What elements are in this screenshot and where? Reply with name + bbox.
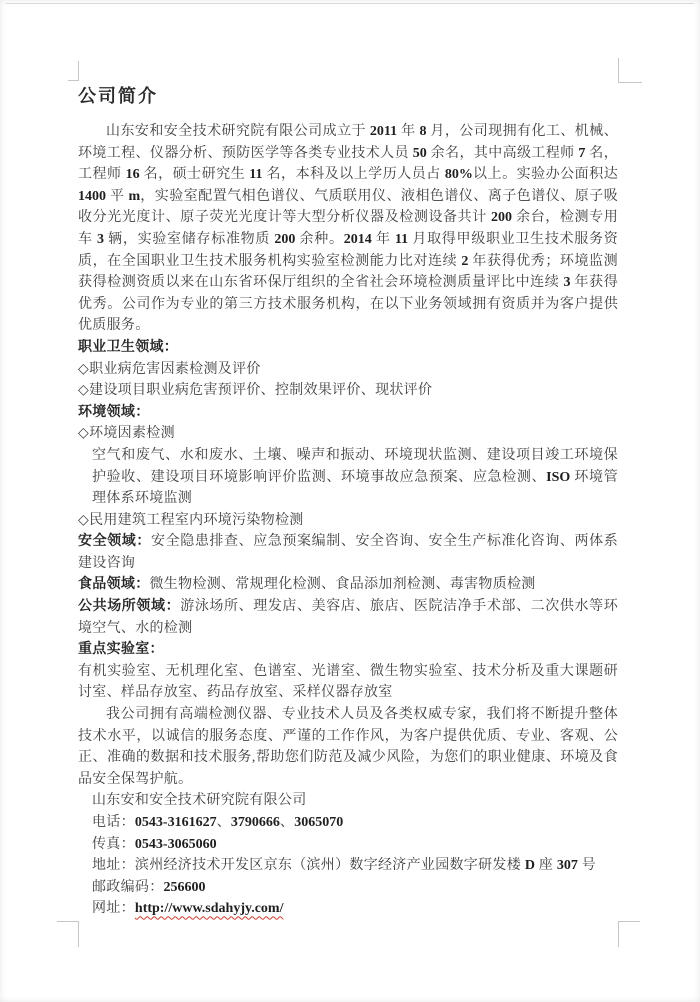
section-heading-key-laboratories: 重点实验室： bbox=[78, 639, 618, 661]
text-segment: ◇建设项目职业病危害预评价、控制效果评价、现状评价 bbox=[78, 383, 432, 398]
bullet-construction-project-evaluation: ◇建设项目职业病危害预评价、控制效果评价、现状评价 bbox=[78, 380, 618, 402]
closing-paragraph: 我公司拥有高端检测仪器、专业技术人员及各类权威专家，我们将不断提升整体技术水平，… bbox=[78, 704, 618, 790]
margin-crop-mark-top-right bbox=[618, 58, 642, 83]
text-segment: 食品领域： bbox=[78, 577, 150, 592]
food-field-paragraph: 食品领域：微生物检测、常规理化检测、食品添加剂检测、毒害物质检测 bbox=[78, 574, 618, 596]
text-segment: 重点实验室： bbox=[78, 642, 164, 657]
text-segment: 微生物检测、常规理化检测、食品添加剂检测、毒害物质检测 bbox=[150, 577, 536, 592]
text-segment: 职业卫生领域： bbox=[78, 340, 178, 355]
text-segment: 山东安和安全技术研究院有限公司 bbox=[92, 793, 307, 808]
intro-paragraph: 山东安和安全技术研究院有限公司成立于 2011 年 8 月，公司现拥有化工、机械… bbox=[78, 121, 618, 337]
text-segment: 传真：0543-3065060 bbox=[92, 837, 217, 852]
text-segment: 邮政编码：256600 bbox=[92, 880, 206, 895]
section-heading-occupational-health: 职业卫生领域： bbox=[78, 337, 618, 359]
text-segment: 我公司拥有高端检测仪器、专业技术人员及各类权威专家，我们将不断提升整体技术水平，… bbox=[78, 707, 618, 787]
fax-line: 传真：0543-3065060 bbox=[92, 834, 618, 856]
bullet-civil-building-indoor-detection: ◇民用建筑工程室内环境污染物检测 bbox=[78, 510, 618, 532]
address-line: 地址：滨州经济技术开发区京东（滨州）数字经济产业园数字研发楼 D 座 307 号 bbox=[92, 855, 618, 877]
margin-crop-mark-top-left bbox=[68, 61, 79, 81]
text-segment: 网址： bbox=[92, 901, 135, 916]
safety-field-paragraph: 安全领域：安全隐患排查、应急预案编制、安全咨询、安全生产标准化咨询、两体系建设咨… bbox=[78, 531, 618, 574]
text-segment: 空气和废气、水和废水、土壤、噪声和振动、环境现状监测、建设项目竣工环境保护验收、… bbox=[92, 448, 618, 506]
environment-detail-paragraph: 空气和废气、水和废水、土壤、噪声和振动、环境现状监测、建设项目竣工环境保护验收、… bbox=[92, 445, 618, 510]
text-segment: ◇民用建筑工程室内环境污染物检测 bbox=[78, 513, 304, 528]
phone-line: 电话：0543-3161627、3790666、3065070 bbox=[92, 812, 618, 834]
section-heading-environment: 环境领域： bbox=[78, 402, 618, 424]
text-segment: 山东安和安全技术研究院有限公司成立于 2011 年 8 月，公司现拥有化工、机械… bbox=[78, 124, 618, 333]
margin-crop-mark-bottom-right bbox=[618, 921, 640, 947]
text-segment: 公共场所领域： bbox=[78, 599, 180, 614]
key-laboratories-list-paragraph: 有机实验室、无机理化室、色谱室、光谱室、微生物实验室、技术分析及重大课题研讨室、… bbox=[78, 661, 618, 704]
text-segment: 有机实验室、无机理化室、色谱室、光谱室、微生物实验室、技术分析及重大课题研讨室、… bbox=[78, 664, 618, 701]
page-title: 公司简介 bbox=[78, 86, 618, 106]
website-link[interactable]: http://www.sdahyjy.com/ bbox=[135, 901, 284, 916]
document-body: 山东安和安全技术研究院有限公司成立于 2011 年 8 月，公司现拥有化工、机械… bbox=[78, 121, 618, 920]
document-page: 公司简介 山东安和安全技术研究院有限公司成立于 2011 年 8 月，公司现拥有… bbox=[0, 0, 700, 1002]
postal-code-line: 邮政编码：256600 bbox=[92, 877, 618, 899]
page-edge bbox=[6, 3, 694, 4]
text-segment: ◇环境因素检测 bbox=[78, 426, 175, 441]
text-segment: 安全领域： bbox=[78, 534, 151, 549]
text-segment: 电话：0543-3161627、3790666、3065070 bbox=[92, 815, 343, 830]
public-places-field-paragraph: 公共场所领域：游泳场所、理发店、美容店、旅店、医院洁净手术部、二次供水等环境空气… bbox=[78, 596, 618, 639]
bullet-occupational-disease-detection: ◇职业病危害因素检测及评价 bbox=[78, 359, 618, 381]
company-name-line: 山东安和安全技术研究院有限公司 bbox=[92, 790, 618, 812]
text-segment: 地址：滨州经济技术开发区京东（滨州）数字经济产业园数字研发楼 D 座 307 号 bbox=[92, 858, 596, 873]
text-segment: 安全隐患排查、应急预案编制、安全咨询、安全生产标准化咨询、两体系建设咨询 bbox=[78, 534, 618, 571]
bullet-environmental-factor-detection: ◇环境因素检测 bbox=[78, 423, 618, 445]
text-segment: ◇职业病危害因素检测及评价 bbox=[78, 362, 261, 377]
text-segment: 环境领域： bbox=[78, 405, 150, 420]
margin-crop-mark-bottom-left bbox=[57, 921, 79, 947]
website-line: 网址：http://www.sdahyjy.com/ bbox=[92, 898, 618, 920]
